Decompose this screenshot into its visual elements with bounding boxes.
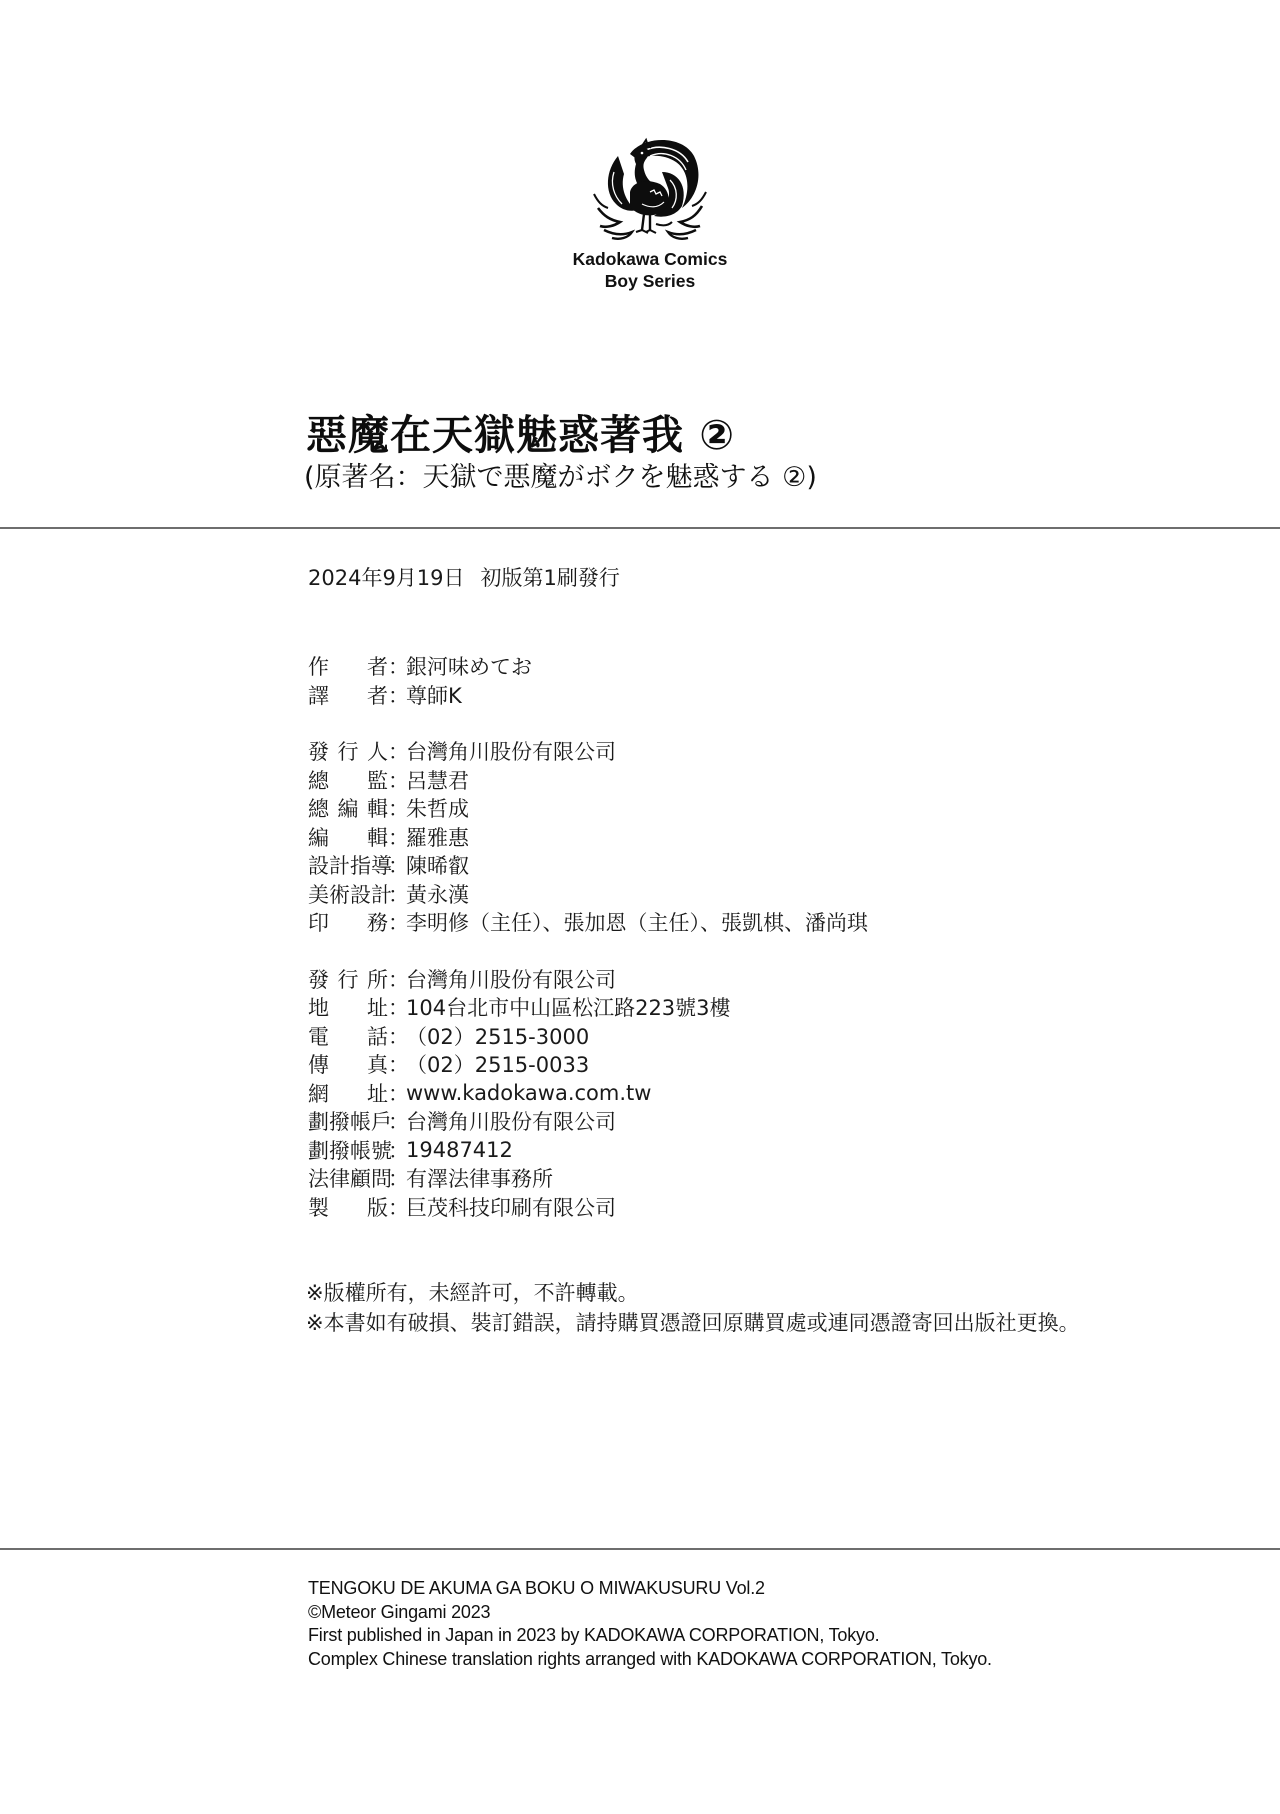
credit-separator: ：: [388, 1049, 406, 1079]
credit-label: 美術設計: [308, 879, 388, 909]
credit-label-char: 指: [350, 850, 371, 880]
credit-label-char: 版: [367, 1192, 388, 1222]
credit-separator: ：: [388, 1078, 406, 1108]
credit-separator: ：: [388, 822, 406, 852]
credit-label: 網址: [308, 1078, 388, 1108]
credit-label: 傳真: [308, 1049, 388, 1079]
credit-value: 台灣角川股份有限公司: [406, 736, 616, 766]
credits-group-authors: 作者：銀河味めてお譯者：尊師K: [308, 652, 868, 709]
credit-row: 印務：李明修（主任）、張加恩（主任）、張凱棋、潘尚琪: [308, 908, 868, 937]
credit-separator: ：: [388, 680, 406, 710]
credit-separator: ：: [388, 850, 406, 880]
copyright-holder: ©Meteor Gingami 2023: [308, 1601, 992, 1625]
credit-value: （02）2515-3000: [406, 1021, 589, 1051]
credit-separator: ：: [388, 736, 406, 766]
credit-row: 編輯：羅雅惠: [308, 823, 868, 852]
credit-separator: ：: [388, 907, 406, 937]
credit-row: 美術設計：黃永漢: [308, 880, 868, 909]
credit-label: 電話: [308, 1021, 388, 1051]
credit-value: www.kadokawa.com.tw: [406, 1081, 651, 1105]
credit-label-char: 撥: [329, 1106, 350, 1136]
credit-label-char: 帳: [350, 1135, 371, 1165]
credit-row: 劃撥帳號：19487412: [308, 1136, 868, 1165]
credit-label-char: 顧: [350, 1163, 371, 1193]
logo-line-2: Boy Series: [540, 270, 760, 292]
credit-label: 印務: [308, 907, 388, 937]
credit-value: 尊師K: [406, 680, 462, 710]
credit-separator: ：: [388, 1135, 406, 1165]
credit-label-char: 者: [367, 651, 388, 681]
credit-label-char: 監: [367, 765, 388, 795]
credit-label-char: 編: [338, 793, 359, 823]
credit-label: 發行所: [308, 964, 388, 994]
credit-label: 設計指導: [308, 850, 388, 880]
credit-label: 地址: [308, 992, 388, 1022]
credit-label-char: 劃: [308, 1135, 329, 1165]
note-rights-reserved: ※版權所有，未經許可，不許轉載。: [306, 1278, 1080, 1308]
credit-label: 法律顧問: [308, 1163, 388, 1193]
credit-label-char: 人: [367, 736, 388, 766]
credit-label-char: 輯: [367, 793, 388, 823]
credit-label: 總編輯: [308, 793, 388, 823]
credit-label-char: 總: [308, 793, 329, 823]
credit-separator: ：: [388, 765, 406, 795]
english-copyright: TENGOKU DE AKUMA GA BOKU O MIWAKUSURU Vo…: [308, 1577, 992, 1671]
credits-block: 作者：銀河味めてお譯者：尊師K 發行人：台灣角川股份有限公司總監：呂慧君總編輯：…: [308, 652, 868, 1249]
credit-separator: ：: [388, 992, 406, 1022]
credit-label: 劃撥帳戶: [308, 1106, 388, 1136]
credit-separator: ：: [388, 879, 406, 909]
credit-label: 總監: [308, 765, 388, 795]
credit-row: 劃撥帳戶：台灣角川股份有限公司: [308, 1107, 868, 1136]
credit-label-char: 話: [367, 1021, 388, 1051]
credit-row: 作者：銀河味めてお: [308, 652, 868, 681]
credit-separator: ：: [388, 651, 406, 681]
credit-value: 台灣角川股份有限公司: [406, 1106, 616, 1136]
credit-separator: ：: [388, 793, 406, 823]
credit-value: 羅雅惠: [406, 822, 469, 852]
credit-label-char: 編: [308, 822, 329, 852]
credit-row: 譯者：尊師K: [308, 681, 868, 710]
credit-row: 電話：（02）2515-3000: [308, 1022, 868, 1051]
original-title: (原著名：天獄で悪魔がボクを魅惑する ②): [304, 460, 817, 496]
credit-label-char: 輯: [367, 822, 388, 852]
credits-group-publisher: 發行所：台灣角川股份有限公司地址：104台北市中山區松江路223號3樓電話：（0…: [308, 965, 868, 1222]
credit-value: 呂慧君: [406, 765, 469, 795]
printing-info: 初版第1刷發行: [481, 566, 620, 590]
edition-line: 2024年9月19日初版第1刷發行: [308, 564, 620, 592]
credits-group-staff: 發行人：台灣角川股份有限公司總監：呂慧君總編輯：朱哲成編輯：羅雅惠設計指導：陳晞…: [308, 737, 868, 937]
credit-label-char: 發: [308, 964, 329, 994]
credit-value: 巨茂科技印刷有限公司: [406, 1192, 616, 1222]
credit-label-char: 計: [329, 850, 350, 880]
credit-row: 製版：巨茂科技印刷有限公司: [308, 1193, 868, 1222]
credit-value: 104台北市中山區松江路223號3樓: [406, 992, 731, 1022]
credit-label-char: 撥: [329, 1135, 350, 1165]
credit-label-char: 發: [308, 736, 329, 766]
credit-label-char: 傳: [308, 1049, 329, 1079]
publication-date: 2024年9月19日: [308, 566, 465, 590]
credit-separator: ：: [388, 1021, 406, 1051]
credit-value: 陳晞叡: [406, 850, 469, 880]
credit-row: 傳真：（02）2515-0033: [308, 1050, 868, 1079]
credit-value: 19487412: [406, 1138, 513, 1162]
credit-label-char: 美: [308, 879, 329, 909]
credit-separator: ：: [388, 964, 406, 994]
credit-label-char: 行: [338, 736, 359, 766]
credit-value: 銀河味めてお: [406, 651, 532, 681]
credit-value: 朱哲成: [406, 793, 469, 823]
credit-row: 設計指導：陳晞叡: [308, 851, 868, 880]
credit-label-char: 址: [367, 992, 388, 1022]
credit-label-char: 地: [308, 992, 329, 1022]
credit-label-char: 作: [308, 651, 329, 681]
credit-label-char: 設: [350, 879, 371, 909]
copyright-notes: ※版權所有，未經許可，不許轉載。 ※本書如有破損、裝訂錯誤，請持購買憑證回原購買…: [306, 1278, 1080, 1338]
credit-label-char: 法: [308, 1163, 329, 1193]
credit-row: 發行所：台灣角川股份有限公司: [308, 965, 868, 994]
credit-label: 譯者: [308, 680, 388, 710]
credit-label: 作者: [308, 651, 388, 681]
credit-row: 發行人：台灣角川股份有限公司: [308, 737, 868, 766]
credit-value: 李明修（主任）、張加恩（主任）、張凱棋、潘尚琪: [406, 907, 868, 937]
credit-label-char: 務: [367, 907, 388, 937]
book-title: 惡魔在天獄魅惑著我 ②: [306, 410, 735, 460]
credit-label-char: 行: [338, 964, 359, 994]
credit-value: 有澤法律事務所: [406, 1163, 553, 1193]
credit-row: 總監：呂慧君: [308, 766, 868, 795]
divider-bottom: [0, 1548, 1280, 1550]
credit-row: 法律顧問：有澤法律事務所: [308, 1164, 868, 1193]
credit-separator: ：: [388, 1163, 406, 1193]
credit-label-char: 印: [308, 907, 329, 937]
credit-label-char: 電: [308, 1021, 329, 1051]
credit-label-char: 網: [308, 1078, 329, 1108]
credit-label-char: 真: [367, 1049, 388, 1079]
credit-value: （02）2515-0033: [406, 1049, 589, 1079]
credit-label-char: 總: [308, 765, 329, 795]
credit-separator: ：: [388, 1106, 406, 1136]
credit-value: 台灣角川股份有限公司: [406, 964, 616, 994]
note-return-policy: ※本書如有破損、裝訂錯誤，請持購買憑證回原購買處或連同憑證寄回出版社更換。: [306, 1308, 1080, 1338]
credit-label: 編輯: [308, 822, 388, 852]
divider-top: [0, 527, 1280, 529]
credit-row: 網址：www.kadokawa.com.tw: [308, 1079, 868, 1108]
credit-label-char: 術: [329, 879, 350, 909]
publisher-logo: Kadokawa Comics Boy Series: [540, 132, 760, 292]
original-title-romaji: TENGOKU DE AKUMA GA BOKU O MIWAKUSURU Vo…: [308, 1577, 992, 1601]
credit-row: 總編輯：朱哲成: [308, 794, 868, 823]
credit-label-char: 律: [329, 1163, 350, 1193]
credit-row: 地址：104台北市中山區松江路223號3樓: [308, 993, 868, 1022]
credit-label-char: 製: [308, 1192, 329, 1222]
credit-label-char: 址: [367, 1078, 388, 1108]
translation-rights-line: Complex Chinese translation rights arran…: [308, 1648, 992, 1672]
credit-label-char: 劃: [308, 1106, 329, 1136]
credit-label: 製版: [308, 1192, 388, 1222]
credit-label-char: 帳: [350, 1106, 371, 1136]
phoenix-icon: [590, 132, 710, 248]
credit-label-char: 設: [308, 850, 329, 880]
credit-value: 黃永漢: [406, 879, 469, 909]
logo-line-1: Kadokawa Comics: [540, 248, 760, 270]
credit-label-char: 者: [367, 680, 388, 710]
credit-separator: ：: [388, 1192, 406, 1222]
credit-label: 劃撥帳號: [308, 1135, 388, 1165]
credit-label-char: 譯: [308, 680, 329, 710]
credit-label: 發行人: [308, 736, 388, 766]
credit-label-char: 所: [367, 964, 388, 994]
first-published-line: First published in Japan in 2023 by KADO…: [308, 1624, 992, 1648]
